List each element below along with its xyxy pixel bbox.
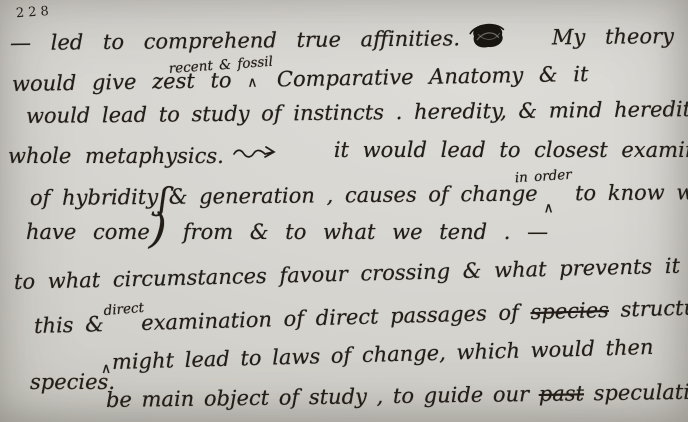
- struck-word-species: species: [530, 298, 609, 324]
- manuscript-line-8: this & direct examination of direct pass…: [34, 292, 688, 337]
- page-number: 228: [16, 4, 54, 22]
- line-4-text-end: it would lead to closest examination: [334, 140, 688, 161]
- line-1-text-end: My theory: [552, 24, 674, 49]
- line-6-text-start: have come: [26, 220, 150, 244]
- insertion-mark: recent & fossil∧: [247, 66, 261, 87]
- line-2-text-end: Comparative Anatomy & it: [277, 62, 589, 91]
- insertion-mark: in order∧: [549, 179, 563, 200]
- manuscript-line-2: would give zest to recent & fossil∧ Comp…: [12, 60, 589, 95]
- bracket-mark: ): [150, 228, 166, 229]
- line-4-text-start: whole metaphysics.: [8, 144, 224, 168]
- insertion-mark: direct: [115, 309, 130, 330]
- squiggle-dash-icon: [232, 144, 278, 165]
- line-10-text-start: be main object of study , to guide our: [106, 382, 529, 412]
- manuscript-line-9-end: might lead to laws of change, which woul…: [112, 337, 654, 373]
- line-1-text: — led to comprehend true affinities.: [10, 26, 460, 55]
- manuscript-page: 228 — led to comprehend true affinities.…: [0, 0, 688, 422]
- line-5-text-start: of hybridity: [30, 185, 158, 210]
- struck-word-past: past: [539, 381, 585, 406]
- manuscript-line-6: have come) from & to what we tend . —: [26, 222, 548, 243]
- interlinear-insertion-in-order: in order: [515, 168, 573, 185]
- manuscript-line-3: would lead to study of instincts . hered…: [26, 99, 688, 127]
- caret-icon: ∧: [247, 76, 257, 90]
- line-7-text: to what circumstances favour crossing & …: [14, 253, 688, 294]
- manuscript-line-1: — led to comprehend true affinities.My t…: [10, 19, 674, 60]
- interlinear-insertion-direct: direct: [103, 301, 144, 318]
- line-8-text-start: this &: [34, 312, 104, 338]
- line-3-text: would lead to study of instincts . hered…: [26, 97, 688, 128]
- caret-icon: ∧: [543, 201, 553, 215]
- line-9-text-end: might lead to laws of change, which woul…: [112, 335, 654, 374]
- line-8-text-end: structure in: [620, 294, 688, 322]
- line-10-text-end: speculations: [593, 379, 688, 405]
- manuscript-line-10: be main object of study , to guide our p…: [106, 381, 688, 411]
- manuscript-line-4: whole metaphysics.it would lead to close…: [8, 144, 688, 167]
- line-5-text-mid: & generation , causes of change: [169, 182, 538, 209]
- line-6-text-end: from & to what we tend . —: [183, 220, 548, 244]
- manuscript-line-5: of hybridityʃ& generation , causes of ch…: [30, 178, 688, 216]
- ink-blot-icon: [466, 21, 506, 55]
- interlinear-insertion-recent-and-fossil: recent & fossil: [169, 55, 274, 76]
- caret-icon: ∧: [101, 362, 111, 376]
- line-8-text-mid: examination of direct passages of: [141, 300, 519, 335]
- manuscript-line-7: to what circumstances favour crossing & …: [14, 255, 688, 293]
- line-5-text-end: to know what we: [575, 180, 688, 206]
